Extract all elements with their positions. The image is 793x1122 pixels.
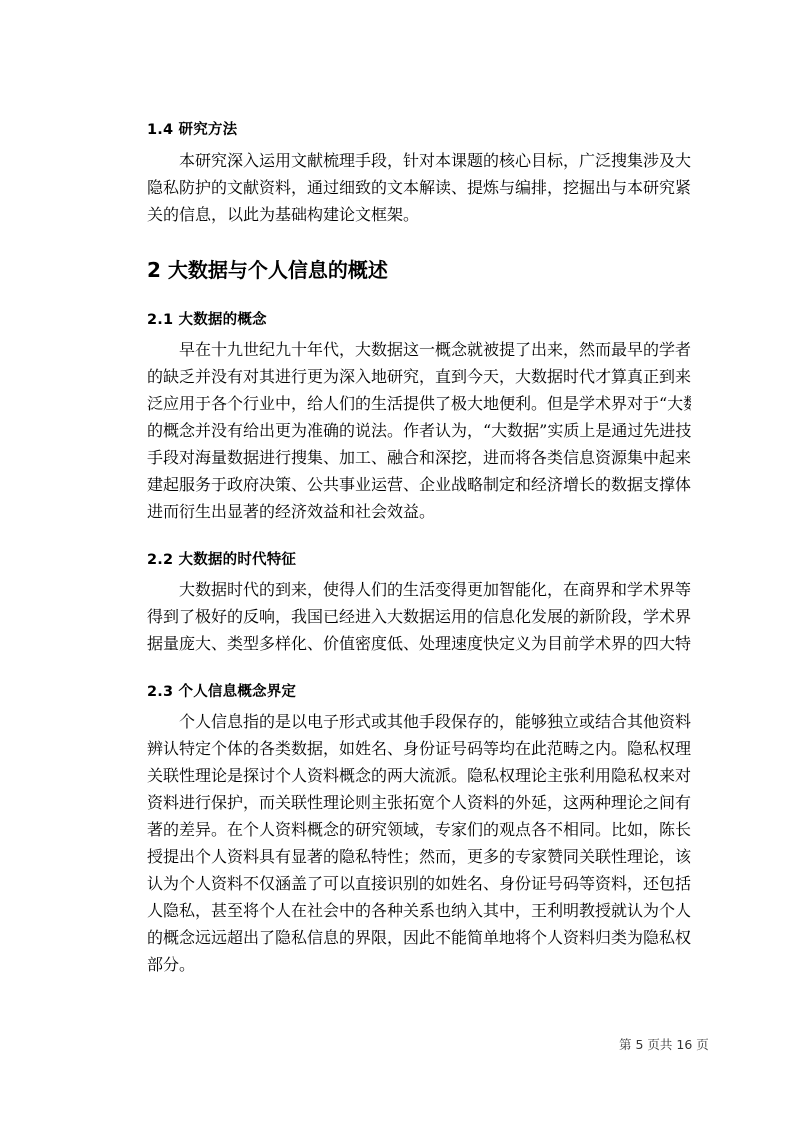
text-line: 辨认特定个体的各类数据，如姓名、身份证号码等均在此范畴之内。隐私权理论与 [147, 735, 691, 762]
chapter-heading: 2 大数据与个人信息的概述 [147, 255, 388, 285]
text-line: 的缺乏并没有对其进行更为深入地研究，直到今天，大数据时代才算真正到来，广 [147, 363, 691, 390]
text-line: 得到了极好的反响，我国已经进入大数据运用的信息化发展的新阶段，学术界将数 [147, 603, 691, 630]
text-line: 据量庞大、类型多样化、价值密度低、处理速度快定义为目前学术界的四大特征。 [147, 630, 691, 657]
section-heading: 2.3 个人信息概念界定 [147, 680, 691, 704]
paragraph: 本研究深入运用文献梳理手段，针对本课题的核心目标，广泛搜集涉及大数据 隐私防护的… [147, 147, 691, 228]
text-line: 个人信息指的是以电子形式或其他手段保存的，能够独立或结合其他资料用以 [147, 708, 691, 735]
section-heading: 2.2 大数据的时代特征 [147, 548, 691, 572]
text-line: 的概念远远超出了隐私信息的界限，因此不能简单地将个人资料归类为隐私权的一 [147, 924, 691, 951]
chapter-2: 2 大数据与个人信息的概述 [147, 255, 388, 285]
text-line: 著的差异。在个人资料概念的研究领域，专家们的观点各不相同。比如，陈长明教 [147, 816, 691, 843]
paragraph: 个人信息指的是以电子形式或其他手段保存的，能够独立或结合其他资料用以 辨认特定个… [147, 708, 691, 978]
section-2-3: 2.3 个人信息概念界定 个人信息指的是以电子形式或其他手段保存的，能够独立或结… [147, 680, 691, 978]
text-line: 部分。 [147, 951, 691, 978]
text-line: 早在十九世纪九十年代，大数据这一概念就被提了出来，然而最早的学者知识 [147, 336, 691, 363]
text-line: 授提出个人资料具有显著的隐私特性；然而，更多的专家赞同关联性理论，该理论 [147, 843, 691, 870]
text-line: 隐私防护的文献资料，通过细致的文本解读、提炼与编排，挖掘出与本研究紧密相 [147, 174, 691, 201]
text-line: 大数据时代的到来，使得人们的生活变得更加智能化，在商界和学术界等领域 [147, 576, 691, 603]
paragraph: 早在十九世纪九十年代，大数据这一概念就被提了出来，然而最早的学者知识 的缺乏并没… [147, 336, 691, 525]
text-line: 的概念并没有给出更为准确的说法。作者认为，“大数据”实质上是通过先进技术 [147, 417, 691, 444]
section-heading: 1.4 研究方法 [147, 118, 691, 142]
section-1-4: 1.4 研究方法 本研究深入运用文献梳理手段，针对本课题的核心目标，广泛搜集涉及… [147, 118, 691, 228]
text-line: 人隐私，甚至将个人在社会中的各种关系也纳入其中，王利明教授就认为个人资料 [147, 897, 691, 924]
paragraph: 大数据时代的到来，使得人们的生活变得更加智能化，在商界和学术界等领域 得到了极好… [147, 576, 691, 657]
document-page: 1.4 研究方法 本研究深入运用文献梳理手段，针对本课题的核心目标，广泛搜集涉及… [0, 0, 793, 1122]
page-number: 第 5 页共 16 页 [619, 1035, 709, 1053]
section-2-2: 2.2 大数据的时代特征 大数据时代的到来，使得人们的生活变得更加智能化，在商界… [147, 548, 691, 657]
text-line: 资料进行保护，而关联性理论则主张拓宽个人资料的外延，这两种理论之间有着显 [147, 789, 691, 816]
text-line: 关联性理论是探讨个人资料概念的两大流派。隐私权理论主张利用隐私权来对个人 [147, 762, 691, 789]
text-line: 泛应用于各个行业中，给人们的生活提供了极大地便利。但是学术界对于“大数据” [147, 390, 691, 417]
text-line: 建起服务于政府决策、公共事业运营、企业战略制定和经济增长的数据支撑体系， [147, 471, 691, 498]
text-line: 关的信息，以此为基础构建论文框架。 [147, 201, 691, 228]
text-line: 进而衍生出显著的经济效益和社会效益。 [147, 498, 691, 525]
text-line: 本研究深入运用文献梳理手段，针对本课题的核心目标，广泛搜集涉及大数据 [147, 147, 691, 174]
text-line: 认为个人资料不仅涵盖了可以直接识别的如姓名、身份证号码等资料，还包括了个 [147, 870, 691, 897]
section-heading: 2.1 大数据的概念 [147, 308, 691, 332]
text-line: 手段对海量数据进行搜集、加工、融合和深挖，进而将各类信息资源集中起来，构 [147, 444, 691, 471]
section-2-1: 2.1 大数据的概念 早在十九世纪九十年代，大数据这一概念就被提了出来，然而最早… [147, 308, 691, 525]
